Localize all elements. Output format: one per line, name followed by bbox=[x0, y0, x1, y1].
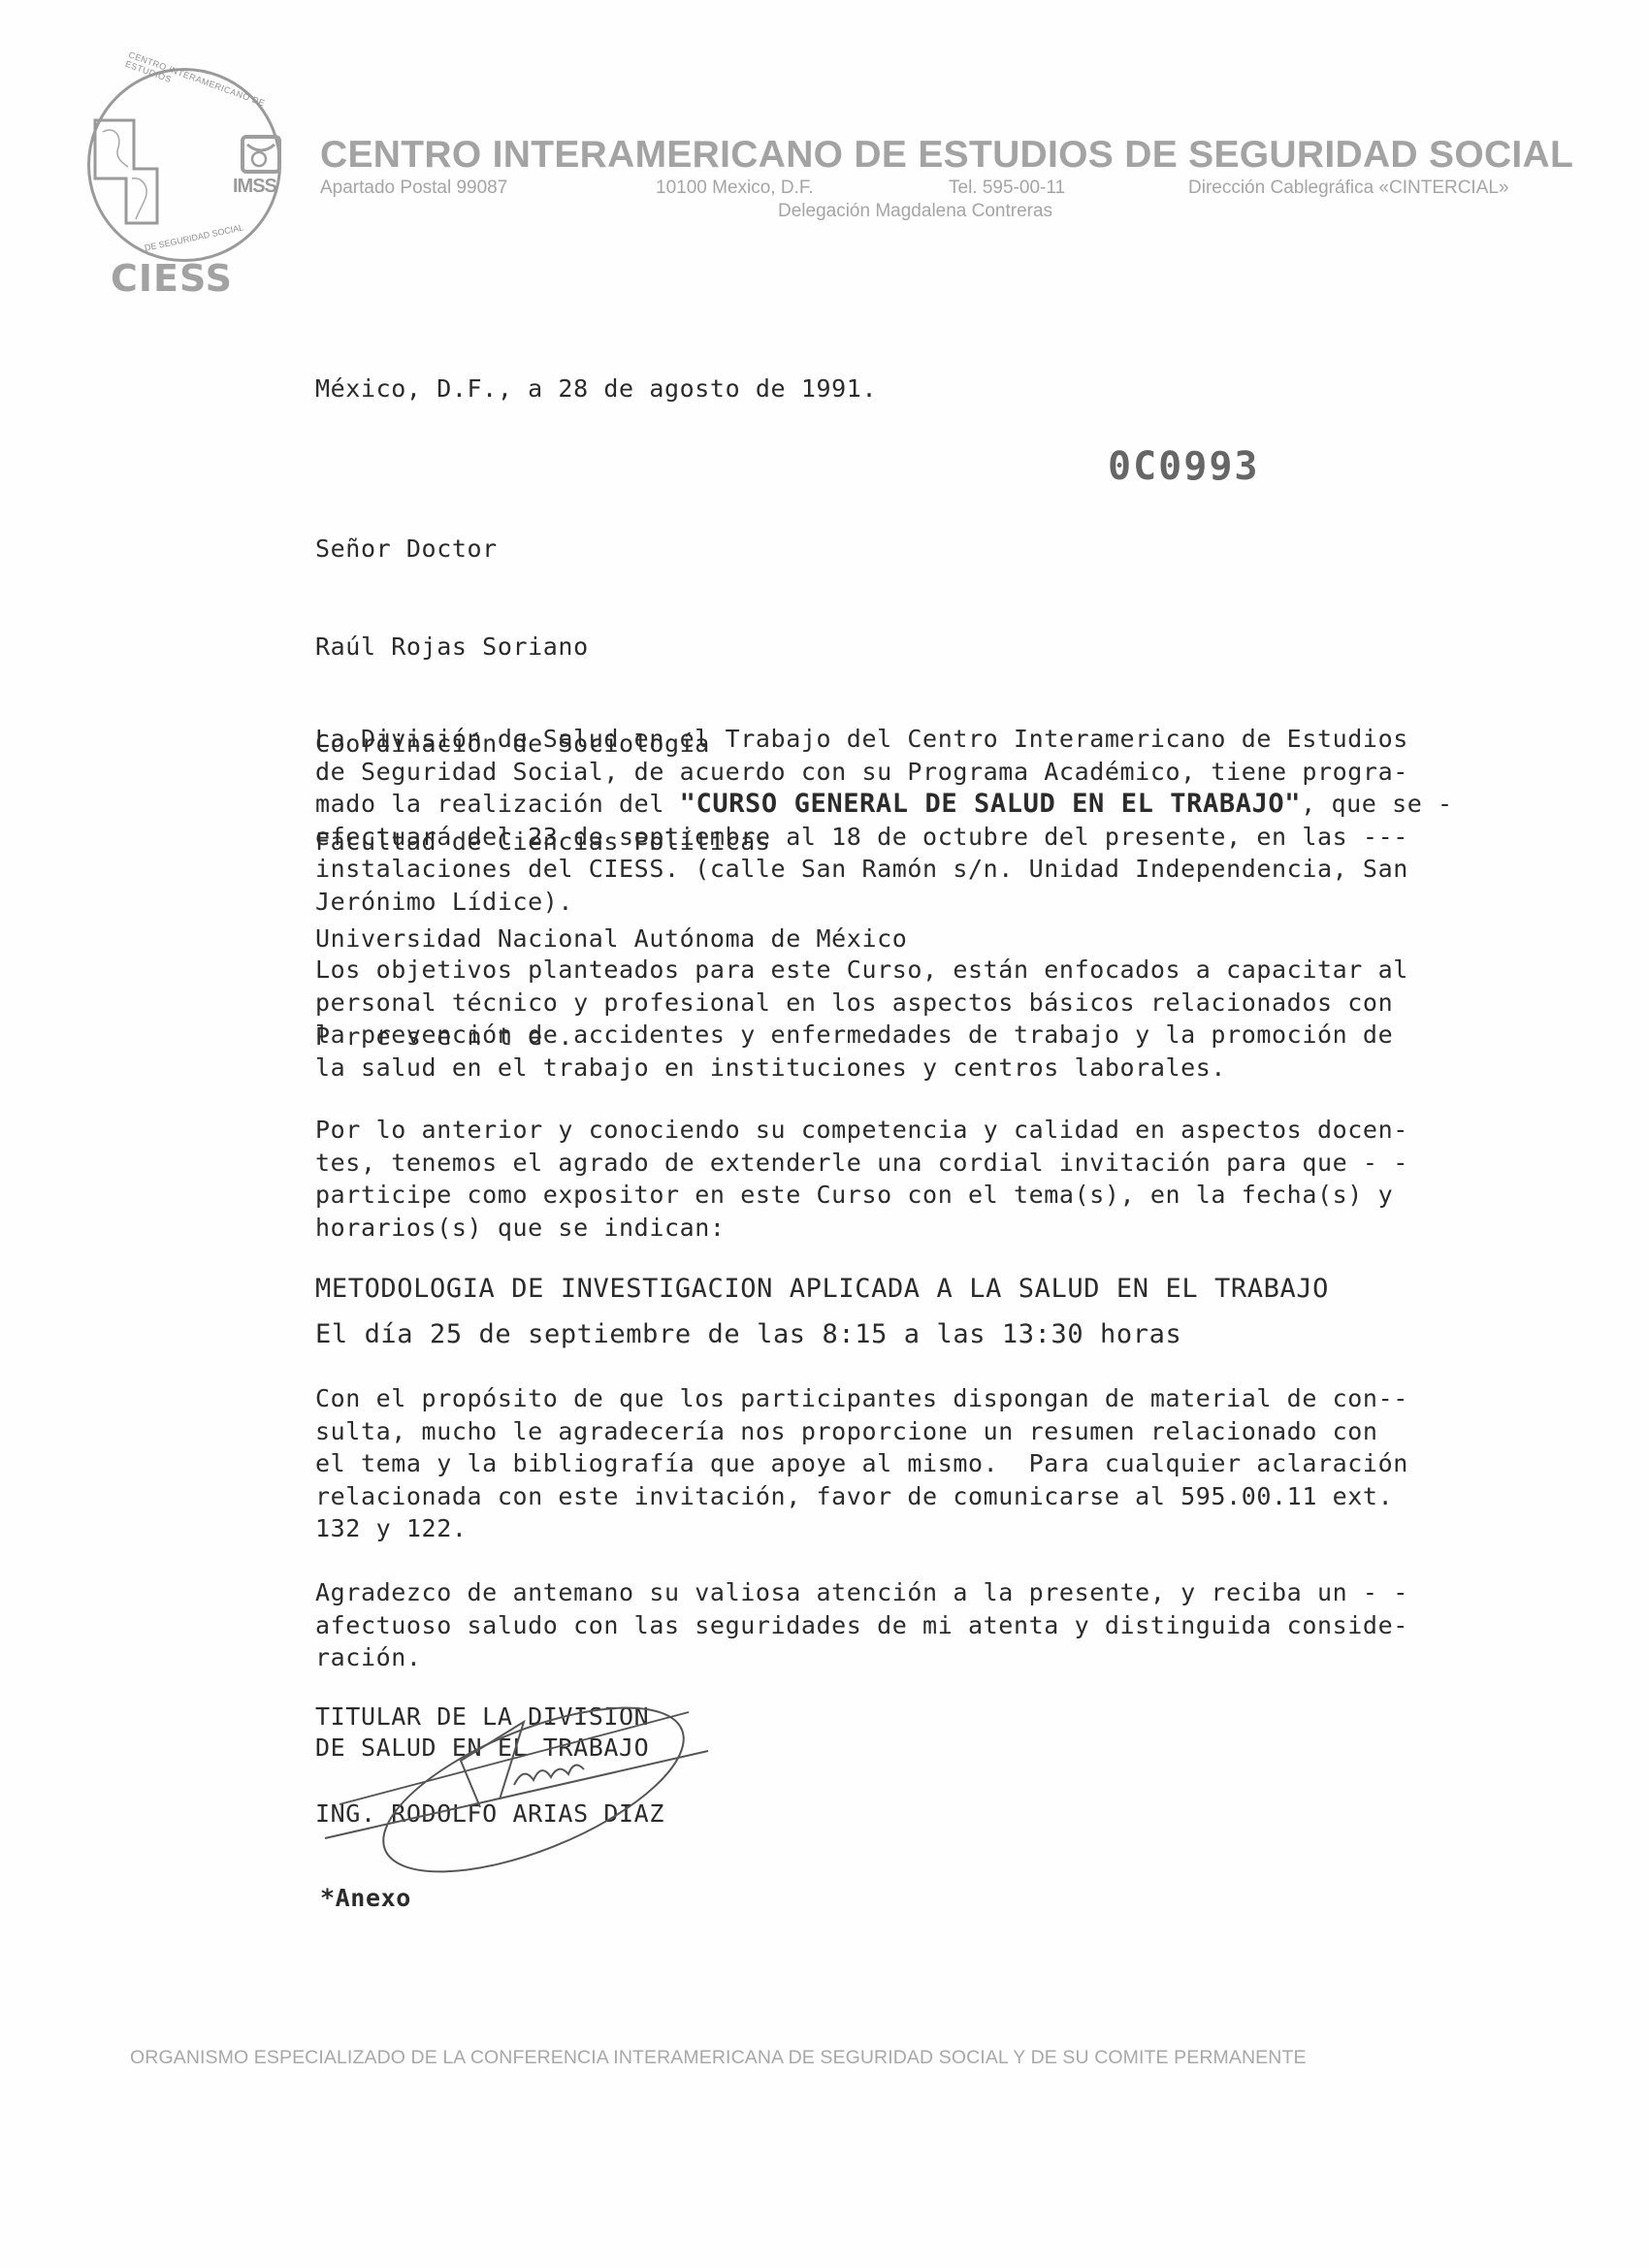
paragraph-invitation: Por lo anterior y conociendo su competen… bbox=[315, 1114, 1408, 1244]
addressee-line: Señor Doctor bbox=[315, 533, 907, 566]
logo-wordmark: CIESS bbox=[111, 257, 233, 300]
letter-page: CENTRO INTERAMERICANO DE ESTUDIOS DE SEG… bbox=[0, 0, 1649, 2268]
imss-logo: IMSS bbox=[233, 131, 291, 199]
lecture-schedule: El día 25 de septiembre de las 8:15 a la… bbox=[315, 1318, 1181, 1351]
folio-stamp: 0C0993 bbox=[1108, 444, 1260, 489]
letter-date: México, D.F., a 28 de agosto de 1991. bbox=[315, 373, 877, 405]
course-name: "CURSO GENERAL DE SALUD EN EL TRABAJO" bbox=[680, 789, 1302, 819]
org-delegacion: Delegación Magdalena Contreras bbox=[778, 201, 1052, 222]
imss-eagle-icon bbox=[241, 135, 281, 174]
addressee-line: Raúl Rojas Soriano bbox=[315, 631, 907, 664]
paragraph-material-request: Con el propósito de que los participante… bbox=[315, 1382, 1408, 1545]
lecture-topic: METODOLOGIA DE INVESTIGACION APLICADA A … bbox=[315, 1273, 1329, 1306]
org-apartado: Apartado Postal 99087 bbox=[320, 178, 507, 199]
handwritten-signature-icon bbox=[320, 1693, 718, 1887]
paragraph-closing: Agradezco de antemano su valiosa atenció… bbox=[315, 1576, 1408, 1674]
americas-map-icon bbox=[93, 118, 171, 225]
imss-label: IMSS bbox=[233, 176, 276, 198]
paragraph-objectives: Los objetivos planteados para este Curso… bbox=[315, 954, 1408, 1084]
org-cable: Dirección Cablegráfica «CINTERCIAL» bbox=[1188, 178, 1509, 199]
addressee-line: Universidad Nacional Autónoma de México bbox=[315, 923, 907, 956]
annex-note: *Anexo bbox=[320, 1882, 411, 1915]
org-title: CENTRO INTERAMERICANO DE ESTUDIOS DE SEG… bbox=[320, 134, 1573, 177]
org-phone: Tel. 595-00-11 bbox=[949, 178, 1065, 199]
paragraph-intro: La División de Salud en el Trabajo del C… bbox=[315, 723, 1453, 918]
org-city: 10100 Mexico, D.F. bbox=[656, 178, 814, 199]
letterhead-footer: ORGANISMO ESPECIALIZADO DE LA CONFERENCI… bbox=[130, 2047, 1307, 2069]
